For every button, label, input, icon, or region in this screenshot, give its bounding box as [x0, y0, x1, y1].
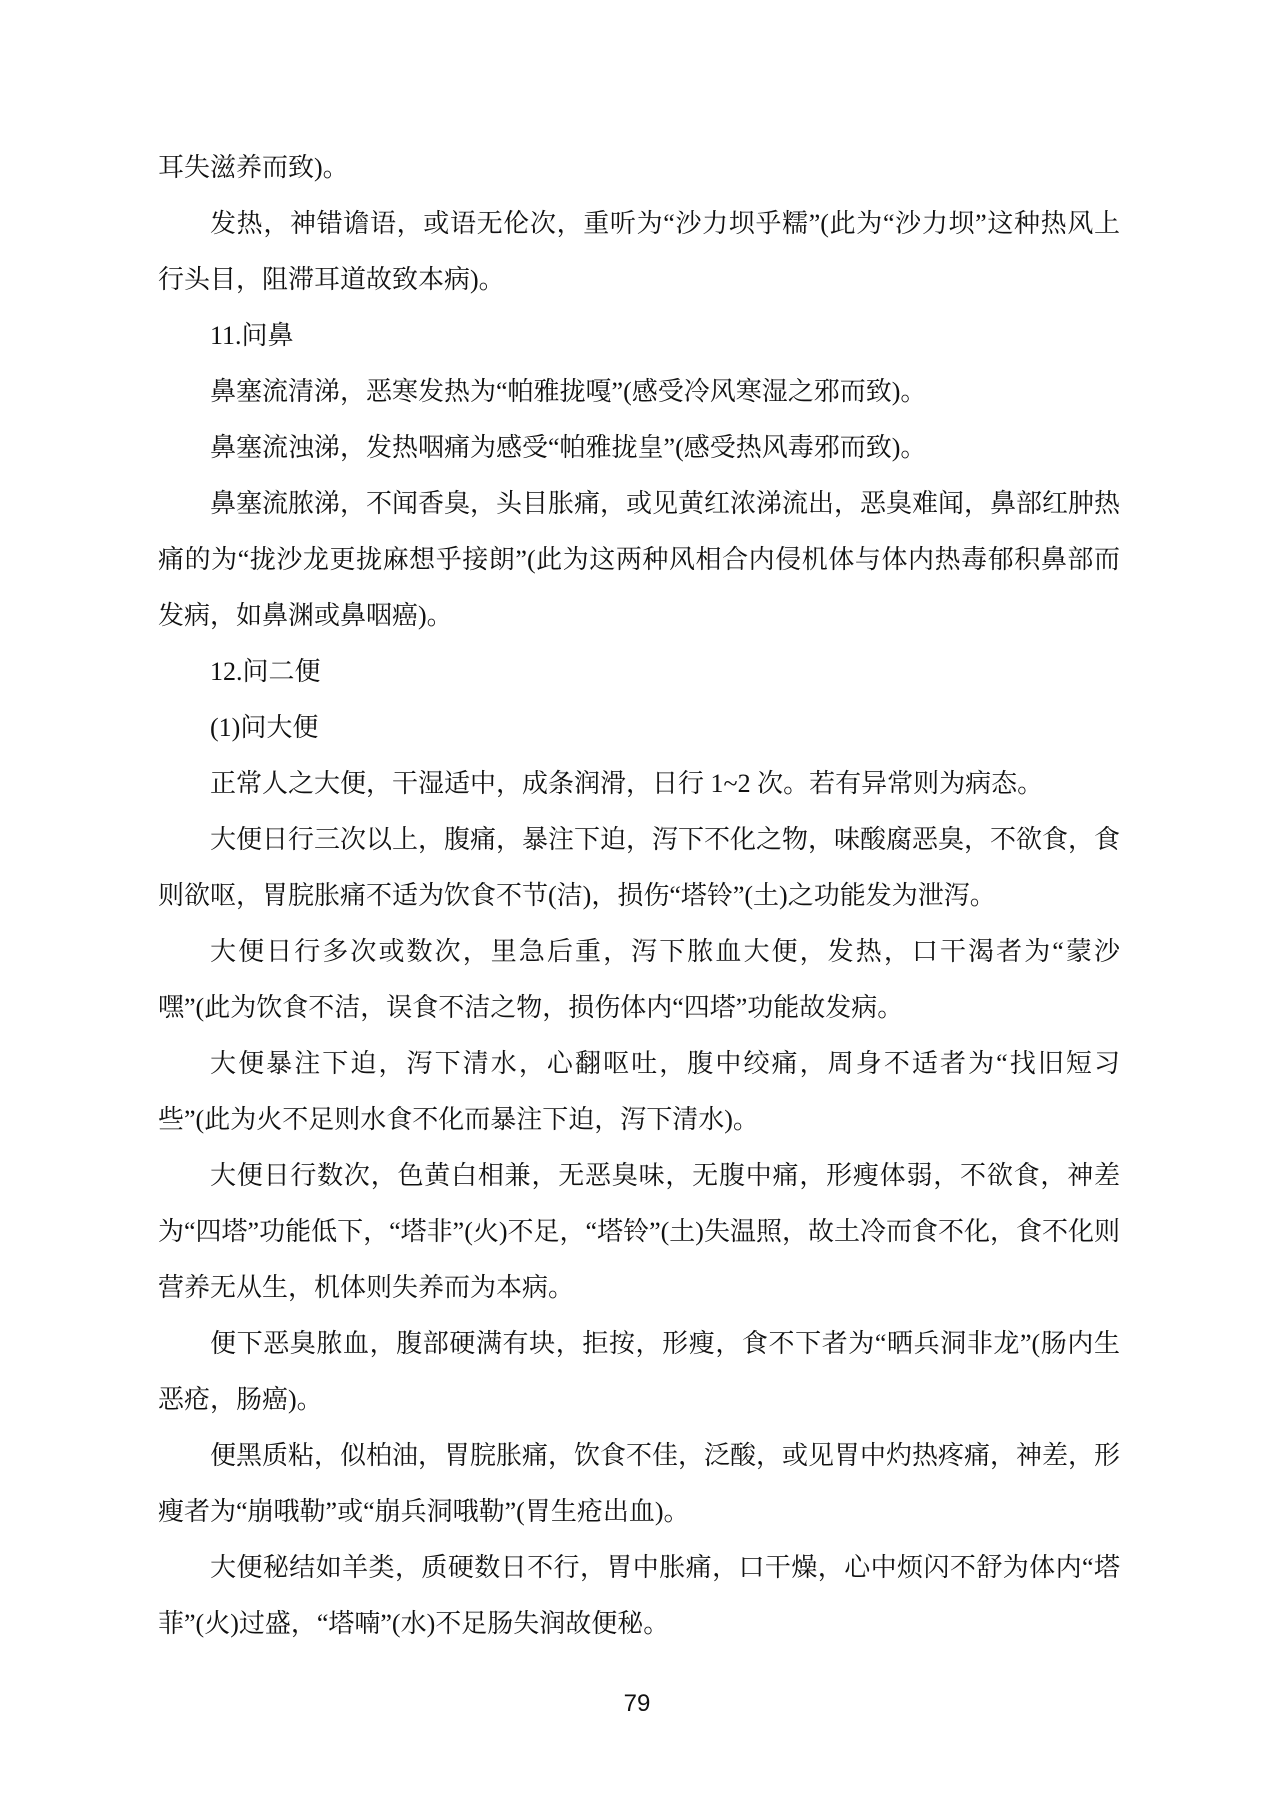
paragraph: 鼻塞流脓涕，不闻香臭，头目胀痛，或见黄红浓涕流出，恶臭难闻，鼻部红肿热痛的为“拢…	[158, 476, 1120, 644]
paragraph: 大便秘结如羊类，质硬数日不行，胃中胀痛，口干燥，心中烦闪不舒为体内“塔菲”(火)…	[158, 1540, 1120, 1652]
document-page: 耳失滋养而致)。 发热，神错谵语，或语无伦次，重听为“沙力坝乎糯”(此为“沙力坝…	[0, 0, 1274, 1801]
paragraph: 发热，神错谵语，或语无伦次，重听为“沙力坝乎糯”(此为“沙力坝”这种热风上行头目…	[158, 196, 1120, 308]
paragraph: 鼻塞流清涕，恶寒发热为“帕雅拢嘎”(感受冷风寒湿之邪而致)。	[158, 364, 1120, 420]
section-heading-12-stool-urine: 12.问二便	[158, 644, 1120, 700]
paragraph: 大便日行多次或数次，里急后重，泻下脓血大便，发热，口干渴者为“蒙沙嘿”(此为饮食…	[158, 924, 1120, 1036]
paragraph: 便下恶臭脓血，腹部硬满有块，拒按，形瘦，食不下者为“晒兵洞非龙”(肠内生恶疮，肠…	[158, 1316, 1120, 1428]
page-text-block: 耳失滋养而致)。 发热，神错谵语，或语无伦次，重听为“沙力坝乎糯”(此为“沙力坝…	[158, 140, 1120, 1652]
paragraph: 大便日行三次以上，腹痛，暴注下迫，泻下不化之物，味酸腐恶臭，不欲食，食则欲呕，胃…	[158, 812, 1120, 924]
paragraph: 正常人之大便，干湿适中，成条润滑，日行 1~2 次。若有异常则为病态。	[158, 756, 1120, 812]
paragraph: 鼻塞流浊涕，发热咽痛为感受“帕雅拢皇”(感受热风毒邪而致)。	[158, 420, 1120, 476]
paragraph: 大便暴注下迫，泻下清水，心翻呕吐，腹中绞痛，周身不适者为“找旧短习些”(此为火不…	[158, 1036, 1120, 1148]
paragraph: 便黑质粘，似柏油，胃脘胀痛，饮食不佳，泛酸，或见胃中灼热疼痛，神差，形瘦者为“崩…	[158, 1428, 1120, 1540]
paragraph: 大便日行数次，色黄白相兼，无恶臭味，无腹中痛，形瘦体弱，不欲食，神差为“四塔”功…	[158, 1148, 1120, 1316]
page-number: 79	[0, 1690, 1274, 1718]
paragraph-continuation: 耳失滋养而致)。	[158, 140, 1120, 196]
section-heading-11-nose: 11.问鼻	[158, 308, 1120, 364]
subsection-heading-1-stool: (1)问大便	[158, 700, 1120, 756]
